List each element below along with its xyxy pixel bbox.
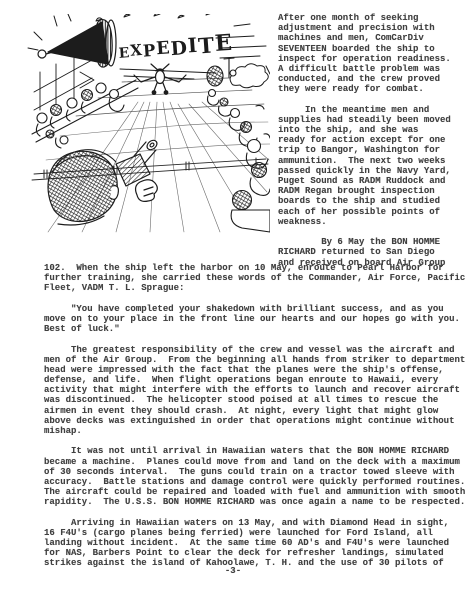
text-line: trip to Bangor, Washington for — [278, 145, 451, 155]
text-line: landing without incident. At the same ti… — [44, 538, 465, 548]
text-line: The greatest responsibility of the crew … — [44, 345, 465, 355]
text-line: of 30 seconds interval. The guns could t… — [44, 467, 465, 477]
text-line — [44, 334, 465, 344]
text-line: In the meantime men and — [278, 105, 451, 115]
text-line: ready for action except for one — [278, 135, 451, 145]
text-line: RADM Regan brought inspection — [278, 186, 451, 196]
text-line: each of her possible points of — [278, 207, 451, 217]
text-line: Fleet, VADM T. L. Sprague: — [44, 283, 465, 293]
text-line: into the ship, and she was — [278, 125, 451, 135]
text-line: became a machine. Planes could move from… — [44, 457, 465, 467]
text-line: conducted, and the crew proved — [278, 74, 451, 84]
text-line: The aircraft could be repaired and loade… — [44, 487, 465, 497]
document-page: EXPEDITE — [0, 0, 476, 609]
text-line: mishap. — [44, 426, 465, 436]
text-line — [278, 95, 451, 105]
flying-marks — [96, 14, 212, 21]
text-line: inspect for operation readiness. — [278, 54, 451, 64]
text-line — [44, 294, 465, 304]
text-line — [44, 436, 465, 446]
text-line: "You have completed your shakedown with … — [44, 304, 465, 314]
text-line: Arriving in Hawaiian waters on 13 May, a… — [44, 518, 465, 528]
text-line: It was not until arrival in Hawaiian wat… — [44, 446, 465, 456]
page-number: -3- — [0, 566, 466, 576]
text-line: accuracy. Battle stations and damage con… — [44, 477, 465, 487]
text-line: Best of luck." — [44, 324, 465, 334]
text-line: ammunition. The next two weeks — [278, 156, 451, 166]
text-line: weakness. — [278, 217, 451, 227]
text-line: A difficult battle problem was — [278, 64, 451, 74]
aircraft-drawing — [134, 64, 186, 94]
text-line: defense, and life. When flight operation… — [44, 375, 465, 385]
expedite-word: EXPEDITE — [118, 30, 233, 64]
megaphone-drawing — [28, 14, 116, 67]
text-line: machines and men, ComCarDiv — [278, 33, 451, 43]
text-line: SEVENTEEN boarded the ship to — [278, 44, 451, 54]
text-line: supplies had steadily been moved — [278, 115, 451, 125]
text-line: Puget Sound as RADM Ruddock and — [278, 176, 451, 186]
left-crowd-drawing — [32, 58, 138, 148]
cloud-puff — [230, 64, 270, 88]
text-line: above decks was extinguished in order th… — [44, 416, 465, 426]
text-line: activity that might interfere with the e… — [44, 385, 465, 395]
main-text: 102. When the ship left the harbor on 10… — [44, 263, 465, 569]
text-line: for NAS, Barbers Point to clear the deck… — [44, 548, 465, 558]
text-line — [44, 508, 465, 518]
right-column-text: After one month of seekingadjustment and… — [278, 13, 451, 268]
text-line: passed quickly in the Navy Yard, — [278, 166, 451, 176]
text-line: men of the Air Group. From the beginning… — [44, 355, 465, 365]
text-line: move on to your place in the front line … — [44, 314, 465, 324]
text-line: rapidity. The U.S.S. BON HOMME RICHARD w… — [44, 497, 465, 507]
island-structure-drawing — [207, 58, 236, 86]
text-line: 16 F4U's (cargo planes being ferried) we… — [44, 528, 465, 538]
text-line: further training, she carried these word… — [44, 273, 465, 283]
text-line: airmen in event they should crash. At ni… — [44, 406, 465, 416]
text-line: adjustment and precision with — [278, 23, 451, 33]
text-line — [278, 227, 451, 237]
text-line: By 6 May the BON HOMME — [278, 237, 451, 247]
text-line: was discontinued. The helicopter stood p… — [44, 395, 465, 405]
expedite-cartoon: EXPEDITE — [26, 14, 270, 234]
text-line: After one month of seeking — [278, 13, 451, 23]
text-line: 102. When the ship left the harbor on 10… — [44, 263, 465, 273]
text-line: RICHARD returned to San Diego — [278, 247, 451, 257]
text-line: head were impressed with the fact that t… — [44, 365, 465, 375]
text-line: boards to the ship and studied — [278, 196, 451, 206]
text-line: they were ready for combat. — [278, 84, 451, 94]
